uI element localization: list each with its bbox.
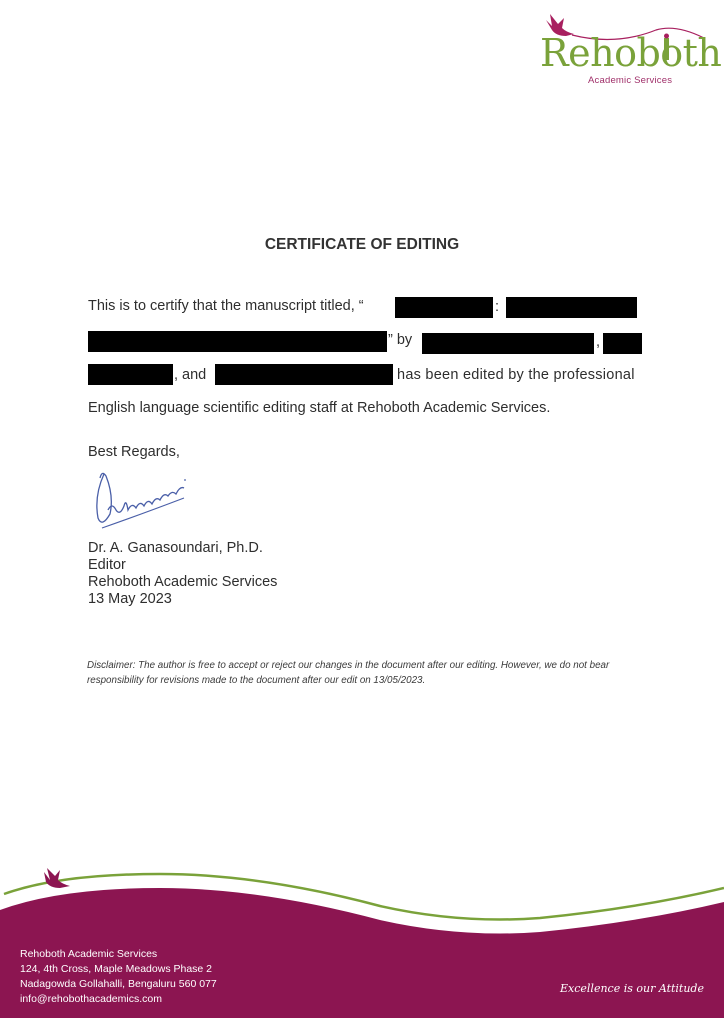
redacted-title-part-2: [506, 297, 637, 318]
signatory-organization: Rehoboth Academic Services: [88, 574, 277, 591]
footer-address-line: 124, 4th Cross, Maple Meadows Phase 2: [20, 962, 217, 977]
redacted-title-part-3: [88, 331, 387, 352]
colon-separator: :: [495, 299, 499, 315]
company-logo: Rehoboth Academic Services: [536, 8, 716, 88]
footer-tagline: Excellence is our Attitude: [560, 982, 704, 995]
redacted-author-1: [422, 333, 594, 354]
redacted-author-2b: [88, 364, 173, 385]
body-line-3-suffix: has been edited by the professional: [397, 367, 635, 383]
redacted-title-part-1: [395, 297, 493, 318]
body-line-4: English language scientific editing staf…: [88, 400, 550, 416]
closing-salutation: Best Regards,: [88, 444, 180, 460]
logo-subtitle: Academic Services: [588, 75, 672, 86]
signatory-block: Dr. A. Ganasoundari, Ph.D. Editor Rehobo…: [88, 540, 277, 608]
footer-address-line: Rehoboth Academic Services: [20, 947, 217, 962]
signature-date: 13 May 2023: [88, 591, 277, 608]
disclaimer-text: Disclaimer: The author is free to accept…: [87, 658, 647, 688]
by-label: ” by: [388, 332, 412, 348]
signature-image: [92, 466, 202, 536]
footer-address-line: Nadagowda Gollahalli, Bengaluru 560 077: [20, 977, 217, 992]
redacted-author-3: [215, 364, 393, 385]
redacted-author-2a: [603, 333, 642, 354]
and-label: , and: [174, 367, 206, 383]
signatory-name: Dr. A. Ganasoundari, Ph.D.: [88, 540, 277, 557]
logo-wordmark: Rehoboth: [540, 34, 721, 72]
footer-bird-icon: [44, 868, 70, 888]
certificate-title: CERTIFICATE OF EDITING: [0, 236, 724, 254]
comma-separator: ,: [596, 334, 600, 350]
footer-address: Rehoboth Academic Services 124, 4th Cros…: [20, 947, 217, 1007]
signatory-role: Editor: [88, 557, 277, 574]
body-line-1-prefix: This is to certify that the manuscript t…: [88, 298, 364, 314]
footer-email: info@rehobothacademics.com: [20, 992, 217, 1007]
